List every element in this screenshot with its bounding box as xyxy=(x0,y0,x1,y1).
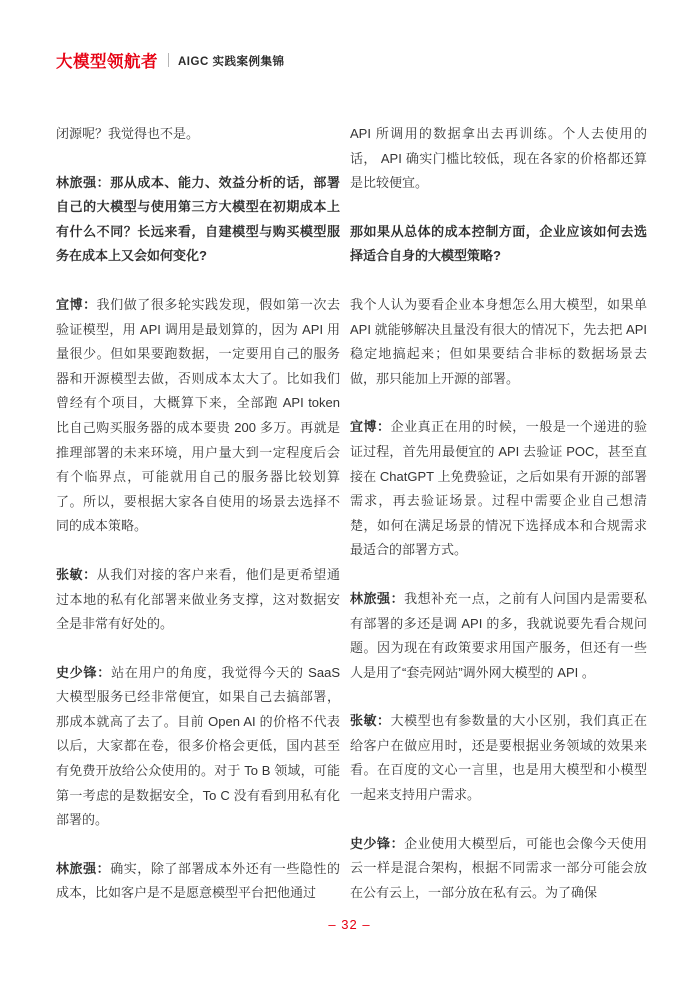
two-column-body: 闭源呢？我觉得也不是。林旅强：那从成本、能力、效益分析的话，部署自己的大模型与使… xyxy=(56,122,647,906)
left-column: 闭源呢？我觉得也不是。林旅强：那从成本、能力、效益分析的话，部署自己的大模型与使… xyxy=(56,122,340,906)
header-divider-line xyxy=(168,53,169,67)
dialogue-paragraph: 宜博：企业真正在用的时候，一般是一个递进的验证过程，首先用最便宜的 API 去验… xyxy=(350,415,647,563)
dialogue-paragraph: 史少锋：企业使用大模型后，可能也会像今天使用云一样是混合架构，根据不同需求一部分… xyxy=(350,832,647,906)
dialogue-paragraph: 林旅强：确实，除了部署成本外还有一些隐性的成本，比如客户是不是愿意模型平台把他通… xyxy=(56,857,340,906)
question-paragraph: 林旅强：那从成本、能力、效益分析的话，部署自己的大模型与使用第三方大模型在初期成… xyxy=(56,171,340,269)
magazine-page: 大模型领航者 AIGC 实践案例集锦 闭源呢？我觉得也不是。林旅强：那从成本、能… xyxy=(0,0,699,982)
speaker-name: 林旅强： xyxy=(350,591,404,606)
dialogue-paragraph: 我个人认为要看企业本身想怎么用大模型，如果单 API 就能够解决且量没有很大的情… xyxy=(350,293,647,391)
dialogue-paragraph: 宜博：我们做了很多轮实践发现，假如第一次去验证模型，用 API 调用是最划算的，… xyxy=(56,293,340,539)
dialogue-paragraph: 闭源呢？我觉得也不是。 xyxy=(56,122,340,147)
speaker-name: 史少锋： xyxy=(350,836,404,851)
dialogue-paragraph: API 所调用的数据拿出去再训练。个人去使用的话， API 确实门槛比较低，现在… xyxy=(350,122,647,196)
dialogue-paragraph: 林旅强：我想补充一点，之前有人问国内是需要私有部署的多还是调 API 的多，我就… xyxy=(350,587,647,685)
speaker-name: 宜博： xyxy=(350,419,391,434)
speaker-name: 林旅强： xyxy=(56,861,110,876)
right-column: API 所调用的数据拿出去再训练。个人去使用的话， API 确实门槛比较低，现在… xyxy=(350,122,647,906)
dialogue-paragraph: 张敏：从我们对接的客户来看，他们是更希望通过本地的私有化部署来做业务支撑，这对数… xyxy=(56,563,340,637)
dialogue-paragraph: 史少锋：站在用户的角度，我觉得今天的 SaaS 大模型服务已经非常便宜，如果自己… xyxy=(56,661,340,833)
question-paragraph: 那如果从总体的成本控制方面，企业应该如何去选择适合自身的大模型策略? xyxy=(350,220,647,269)
page-header: 大模型领航者 AIGC 实践案例集锦 xyxy=(56,48,284,72)
speaker-name: 张敏： xyxy=(56,567,97,582)
speaker-name: 史少锋： xyxy=(56,665,111,680)
speaker-name: 宜博： xyxy=(56,297,97,312)
brand-title: 大模型领航者 xyxy=(56,48,158,72)
dialogue-paragraph: 张敏：大模型也有参数量的大小区别，我们真正在给客户在做应用时，还是要根据业务领域… xyxy=(350,709,647,807)
speaker-name: 林旅强： xyxy=(56,175,110,190)
speaker-name: 张敏： xyxy=(350,713,391,728)
page-footer: – 32 – xyxy=(0,916,699,934)
page-number: – 32 – xyxy=(328,917,370,932)
header-subtitle: AIGC 实践案例集锦 xyxy=(178,52,284,69)
